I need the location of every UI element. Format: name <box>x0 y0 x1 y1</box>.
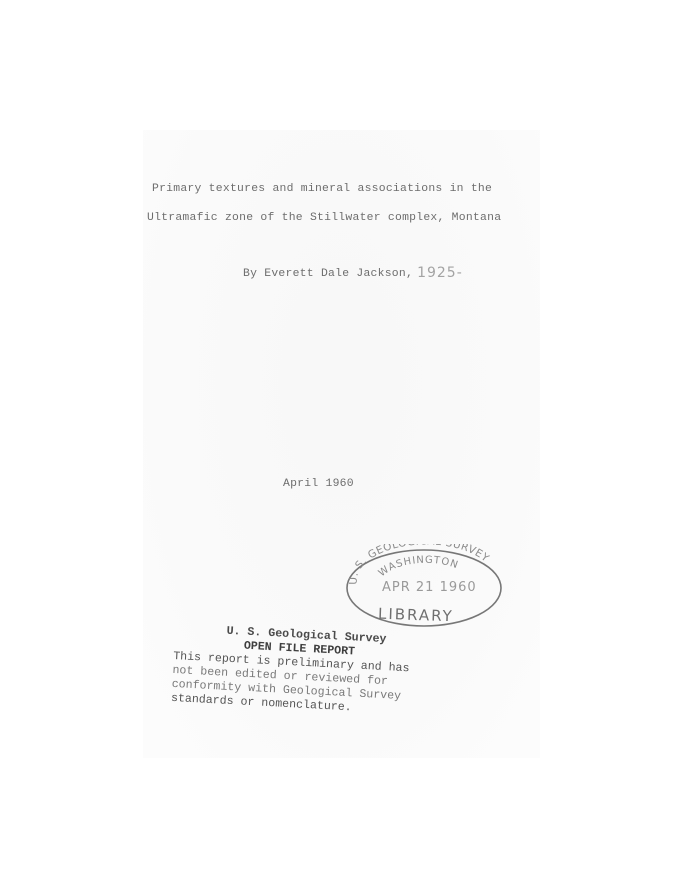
publication-date: April 1960 <box>283 478 354 490</box>
title-line-1: Primary textures and mineral association… <box>152 183 492 195</box>
stamp-received-date: APR 21 1960 <box>382 580 477 595</box>
author-line: By Everett Dale Jackson,1925- <box>243 264 463 280</box>
stamp-footer: LIBRARY <box>378 605 454 626</box>
author-name: By Everett Dale Jackson, <box>243 268 413 280</box>
svg-text:WASHINGTON: WASHINGTON <box>377 555 460 579</box>
open-file-report-notice: U. S. Geological Survey OPEN FILE REPORT… <box>171 622 412 718</box>
title-line-2: Ultramafic zone of the Stillwater comple… <box>147 212 501 224</box>
library-received-stamp: U. S. GEOLOGICAL SURVEY WASHINGTON APR 2… <box>344 544 504 628</box>
author-birth-year-handwritten: 1925- <box>417 265 463 281</box>
stamp-city: WASHINGTON <box>377 555 460 579</box>
